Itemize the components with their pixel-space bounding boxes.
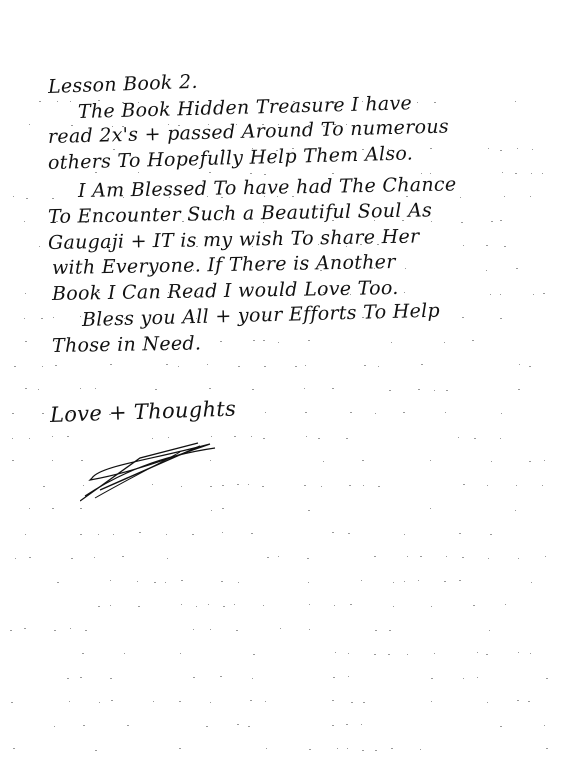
letter-line: Those in Need.	[52, 332, 202, 357]
signature-scribble	[80, 438, 220, 503]
letter-page: Lesson Book 2. The Book Hidden Treasure …	[0, 0, 563, 761]
